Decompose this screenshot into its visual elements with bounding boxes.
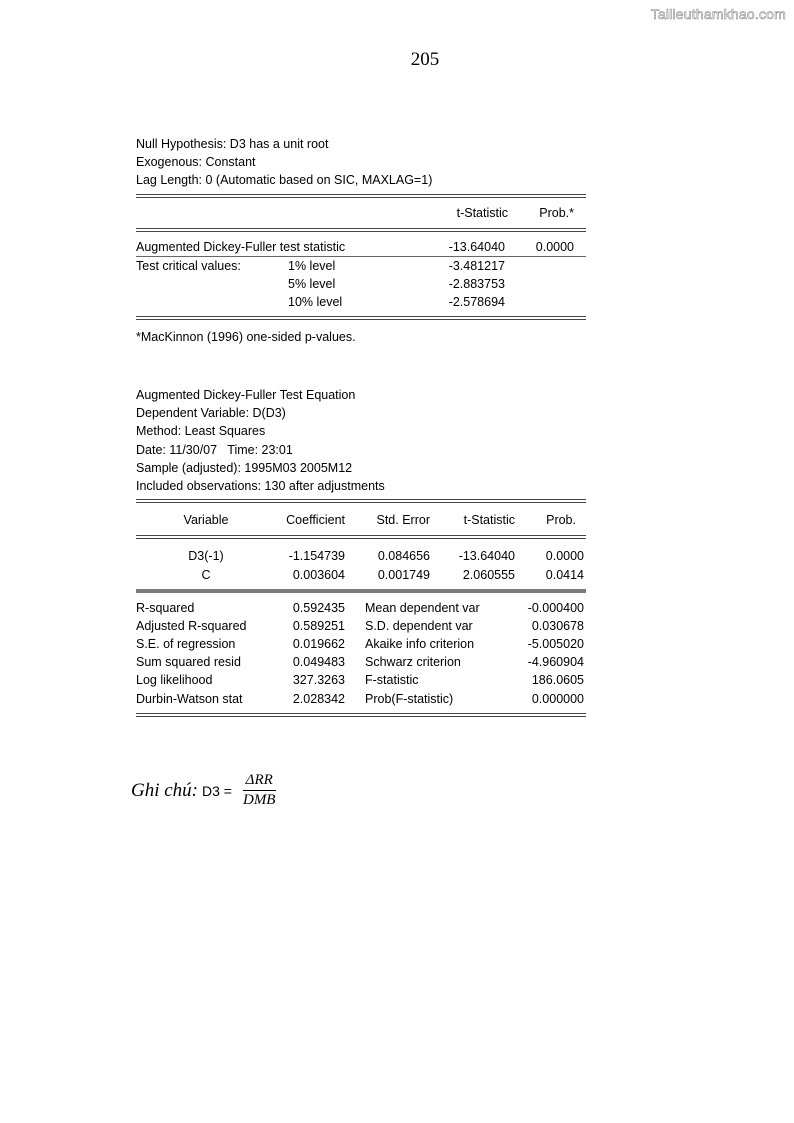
column-header-row: t-Statistic Prob.* [136,204,586,222]
table-rule [136,713,586,717]
sample: Sample (adjusted): 1995M03 2005M12 [136,459,586,477]
coefficient: -1.154739 [276,547,345,565]
adf-row: Augmented Dickey-Fuller test statistic -… [136,238,586,256]
table-rule [136,316,586,320]
stat-value: 0.030678 [516,617,584,635]
adf-prob: 0.0000 [526,238,574,256]
stat-value: 327.3263 [276,671,345,689]
stat-label: Durbin-Watson stat [136,690,243,708]
coefficient-row: C 0.003604 0.001749 2.060555 0.0414 [136,566,586,584]
stat-value: -5.005020 [516,635,584,653]
stat-label: R-squared [136,599,194,617]
column-header-row: Variable Coefficient Std. Error t-Statis… [136,511,586,529]
fraction-denominator: DMB [240,791,279,809]
critical-value: -2.578694 [436,293,505,311]
col-t-statistic: t-Statistic [446,511,515,529]
adf-label: Augmented Dickey-Fuller test statistic [136,238,345,256]
note: Ghi chú: D3 = ΔRR DMB [131,772,278,809]
col-prob: Prob. [526,511,576,529]
variable-name: C [166,566,246,584]
coefficient: 0.003604 [276,566,345,584]
coefficient-row: D3(-1) -1.154739 0.084656 -13.64040 0.00… [136,547,586,565]
test-equation: Augmented Dickey-Fuller Test Equation De… [136,386,586,717]
stat-value: 186.0605 [516,671,584,689]
stat-label: Mean dependent var [365,599,480,617]
stat-row: Adjusted R-squared0.589251S.D. dependent… [136,617,586,635]
critical-value: -2.883753 [436,275,505,293]
stat-label: S.D. dependent var [365,617,473,635]
t-statistic: -13.64040 [446,547,515,565]
unit-root-test: Null Hypothesis: D3 has a unit root Exog… [136,135,586,346]
stat-row: Sum squared resid0.049483Schwarz criteri… [136,653,586,671]
stat-label: Sum squared resid [136,653,241,671]
stat-row: S.E. of regression0.019662Akaike info cr… [136,635,586,653]
col-variable: Variable [166,511,246,529]
stat-label: Schwarz criterion [365,653,461,671]
col-coefficient: Coefficient [276,511,345,529]
stat-label: Log likelihood [136,671,212,689]
dependent-variable: Dependent Variable: D(D3) [136,404,586,422]
equation-title: Augmented Dickey-Fuller Test Equation [136,386,586,404]
critical-row: 10% level -2.578694 [136,293,586,311]
note-lhs: D3 = [202,783,232,799]
stat-label: Akaike info criterion [365,635,474,653]
t-statistic: 2.060555 [446,566,515,584]
variable-name: D3(-1) [166,547,246,565]
lag-length: Lag Length: 0 (Automatic based on SIC, M… [136,171,586,189]
stat-row: Durbin-Watson stat2.028342Prob(F-statist… [136,690,586,708]
critical-value: -3.481217 [436,257,505,275]
fraction-numerator: ΔRR [243,772,276,791]
table-rule [136,589,586,593]
note-label: Ghi chú: [131,780,198,802]
table-rule [136,228,586,232]
page-number: 205 [0,49,794,71]
stat-value: -0.000400 [516,599,584,617]
stat-value: 0.592435 [276,599,345,617]
stat-value: 0.019662 [276,635,345,653]
adf-t-stat: -13.64040 [436,238,505,256]
col-prob: Prob.* [528,204,574,222]
critical-level: 5% level [288,275,335,293]
stat-value: -4.960904 [516,653,584,671]
critical-level: 10% level [288,293,342,311]
method: Method: Least Squares [136,422,586,440]
table-rule [136,499,586,503]
critical-label: Test critical values: [136,257,241,275]
stat-row: R-squared0.592435Mean dependent var-0.00… [136,599,586,617]
critical-row: 5% level -2.883753 [136,275,586,293]
prob: 0.0414 [526,566,584,584]
stat-row: Log likelihood327.3263F-statistic186.060… [136,671,586,689]
watermark: Tailieuthamkhao.com [651,6,786,22]
col-std-error: Std. Error [361,511,430,529]
fraction: ΔRR DMB [240,772,279,809]
stat-label: F-statistic [365,671,418,689]
stat-label: Adjusted R-squared [136,617,246,635]
stat-value: 2.028342 [276,690,345,708]
table-rule [136,194,586,198]
stat-value: 0.000000 [516,690,584,708]
critical-level: 1% level [288,257,335,275]
std-error: 0.084656 [361,547,430,565]
stat-value: 0.589251 [276,617,345,635]
footnote: *MacKinnon (1996) one-sided p-values. [136,328,586,346]
included-observations: Included observations: 130 after adjustm… [136,477,586,495]
col-t-statistic: t-Statistic [444,204,508,222]
table-rule [136,535,586,539]
stat-value: 0.049483 [276,653,345,671]
std-error: 0.001749 [361,566,430,584]
date-time: Date: 11/30/07 Time: 23:01 [136,441,586,459]
exogenous: Exogenous: Constant [136,153,586,171]
stat-label: S.E. of regression [136,635,235,653]
prob: 0.0000 [526,547,584,565]
regression-stats: R-squared0.592435Mean dependent var-0.00… [136,599,586,708]
critical-row: Test critical values: 1% level -3.481217 [136,257,586,275]
stat-label: Prob(F-statistic) [365,690,453,708]
null-hypothesis: Null Hypothesis: D3 has a unit root [136,135,586,153]
